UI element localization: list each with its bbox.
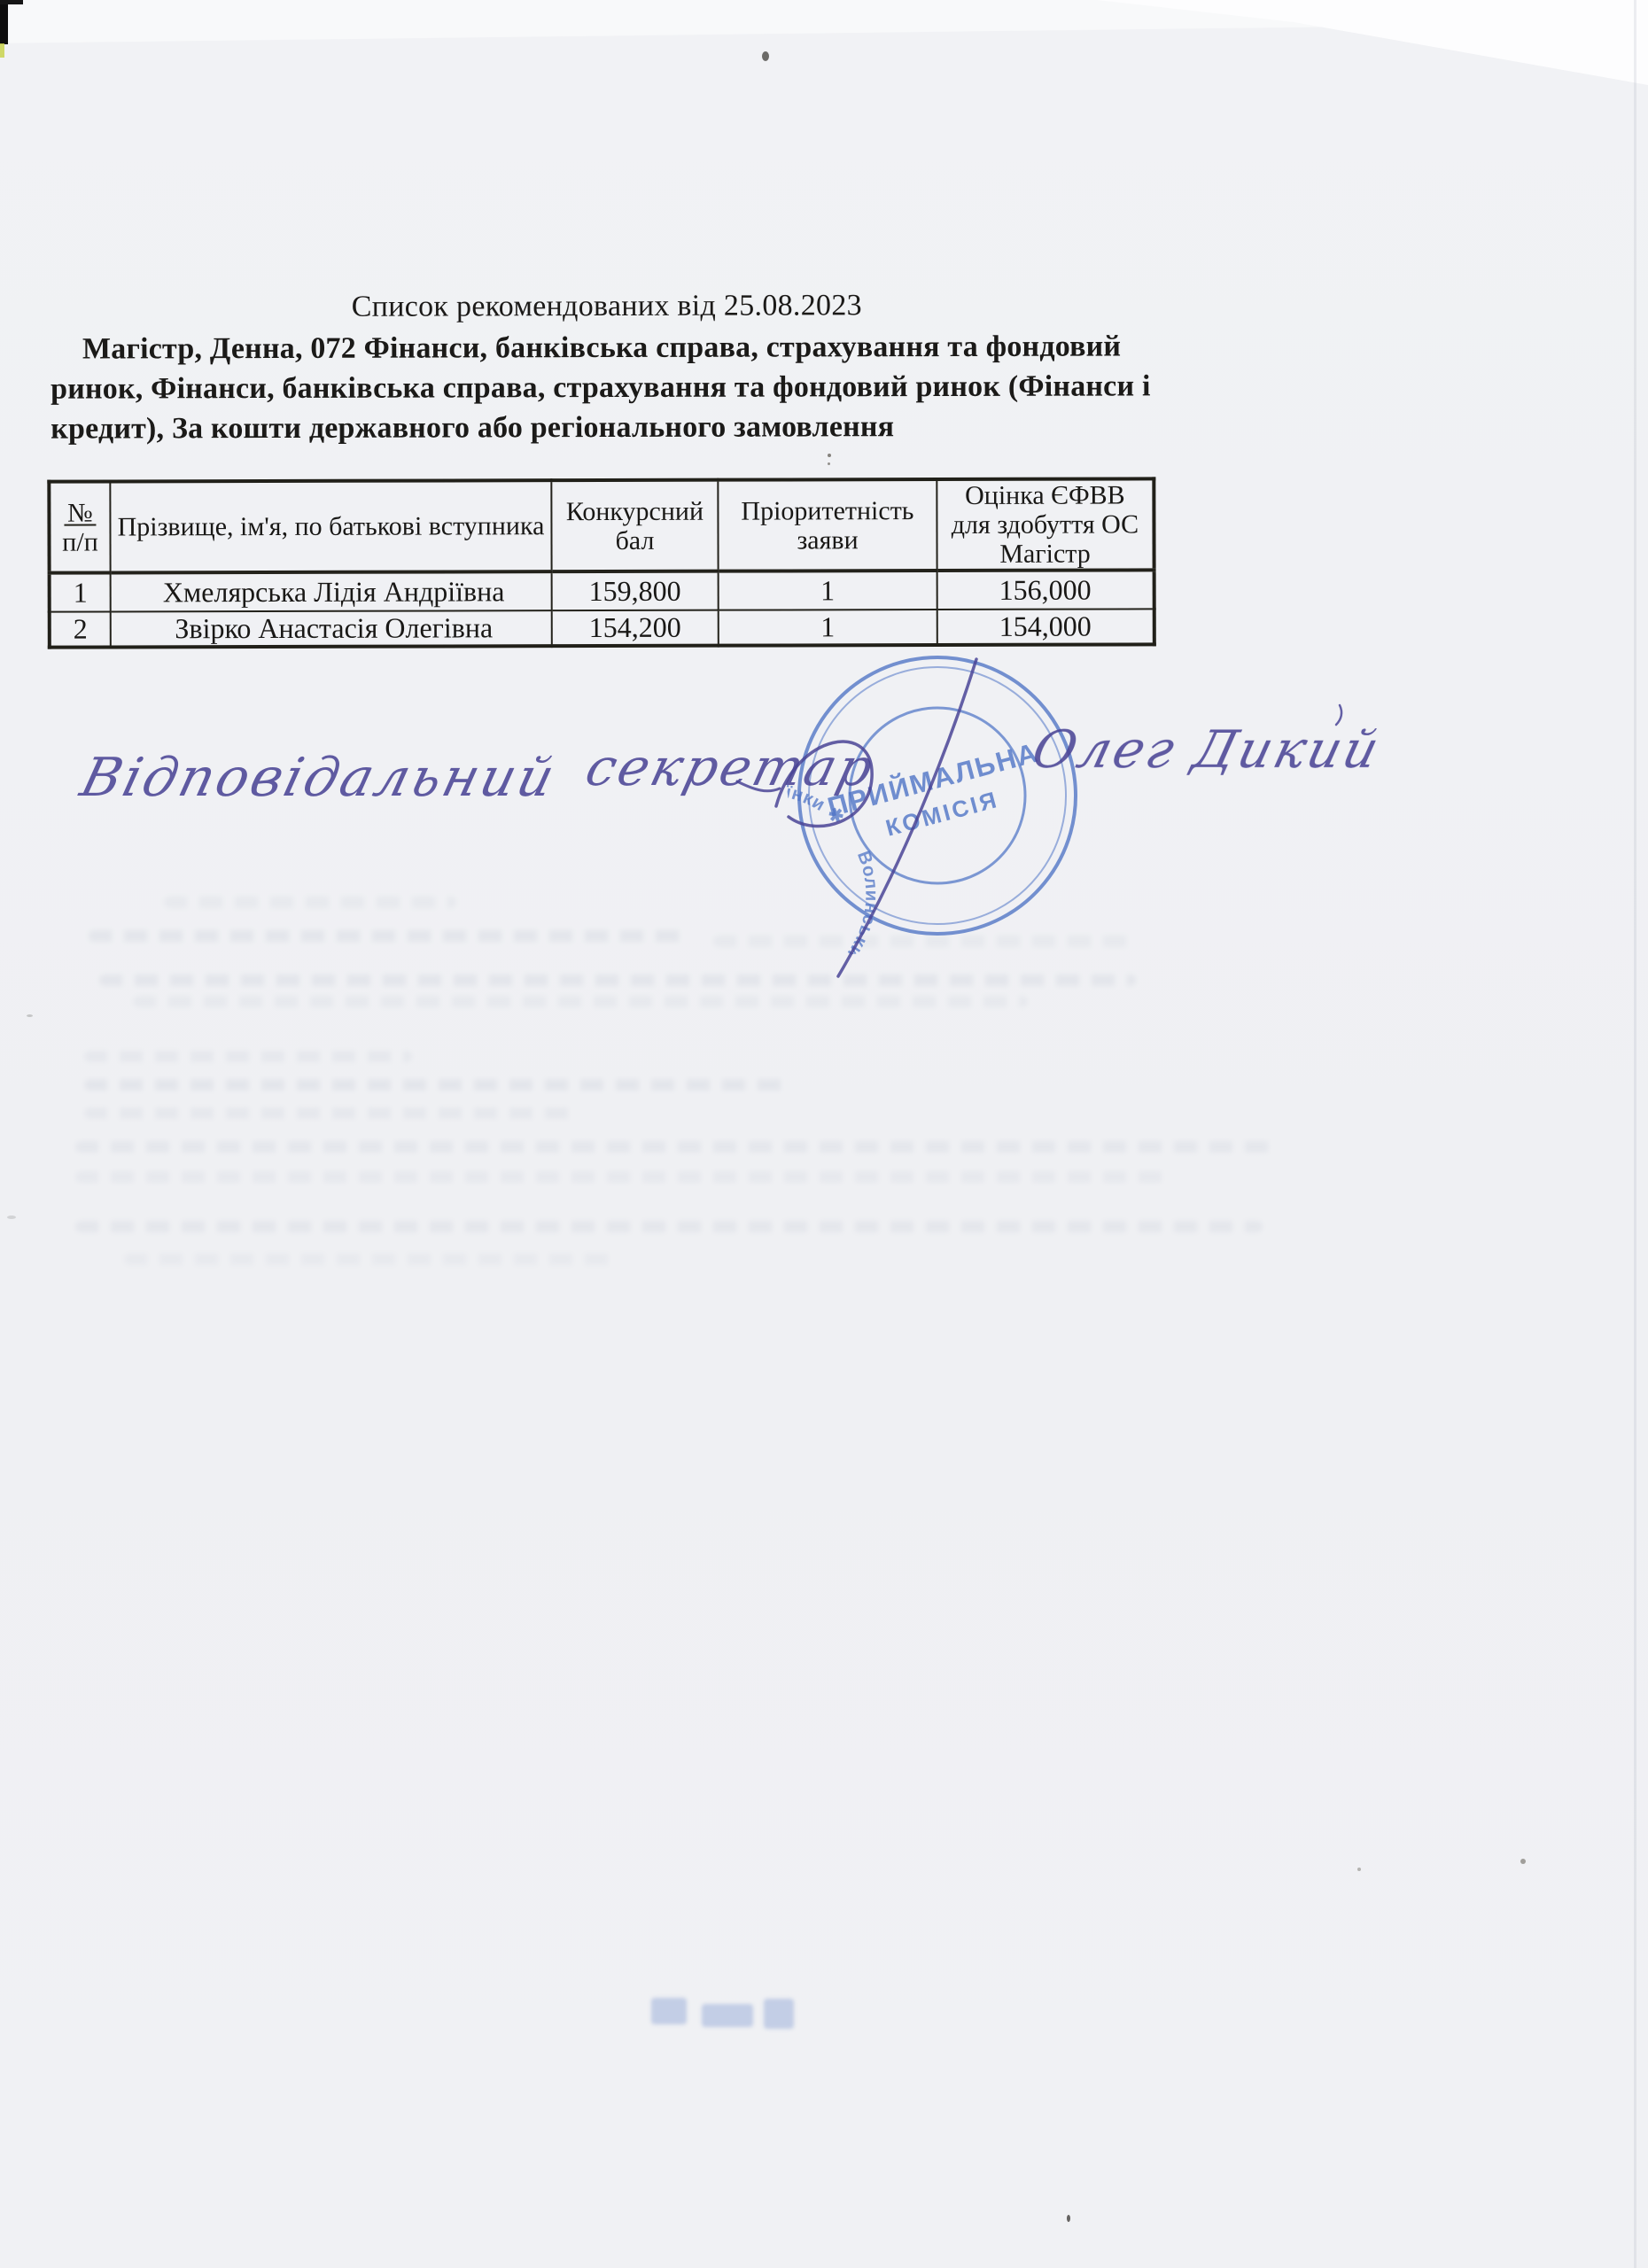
col-header-score: Конкурсний бал	[551, 480, 718, 571]
scan-top-black-edge	[0, 0, 23, 4]
document-content: Список рекомендованих від 25.08.2023 Маг…	[51, 287, 1163, 448]
cell-number: 2	[50, 611, 111, 647]
table-row: 1 Хмелярська Лідія Андріївна 159,800 1 1…	[50, 570, 1154, 611]
col-header-efvv: Оцінка ЄФВВ для здобуття ОС Магістр	[937, 478, 1154, 571]
cell-name: Хмелярська Лідія Андріївна	[111, 571, 552, 611]
cell-name: Звірко Анастасія Олегівна	[111, 610, 552, 647]
scan-left-black-edge	[0, 0, 8, 44]
col-header-name: Прізвище, ім'я, по батькові вступника	[110, 480, 551, 572]
cell-number: 1	[50, 572, 111, 611]
col-header-priority: Пріоритетність заяви	[718, 479, 937, 571]
cell-priority: 1	[719, 610, 937, 646]
pen-signature-stroke	[838, 659, 976, 976]
document-title: Список рекомендованих від 25.08.2023	[51, 287, 1163, 325]
handwritten-role-word2: секретар	[580, 737, 882, 797]
recommended-candidates-table: № п/п Прізвище, ім'я, по батькові вступн…	[47, 477, 1155, 649]
col-header-number: № п/п	[49, 481, 110, 572]
scan-right-page-edge	[1634, 0, 1636, 2268]
handwritten-name: Олег Дикий	[1027, 719, 1388, 780]
handwritten-signature: Відповідальний секретар Олег Дикий	[35, 647, 1418, 1001]
scan-left-color-sliver	[0, 43, 4, 58]
cell-score: 159,800	[552, 571, 719, 610]
cell-score: 154,200	[552, 610, 719, 646]
scanned-page: Список рекомендованих від 25.08.2023 Маг…	[0, 0, 1648, 2268]
cell-efvv: 156,000	[937, 570, 1154, 610]
document-description: Магістр, Денна, 072 Фінанси, банківська …	[51, 326, 1163, 448]
cell-priority: 1	[719, 571, 937, 610]
handwritten-role-word1: Відповідальний	[74, 747, 563, 809]
table-header-row: № п/п Прізвище, ім'я, по батькові вступн…	[49, 478, 1154, 572]
